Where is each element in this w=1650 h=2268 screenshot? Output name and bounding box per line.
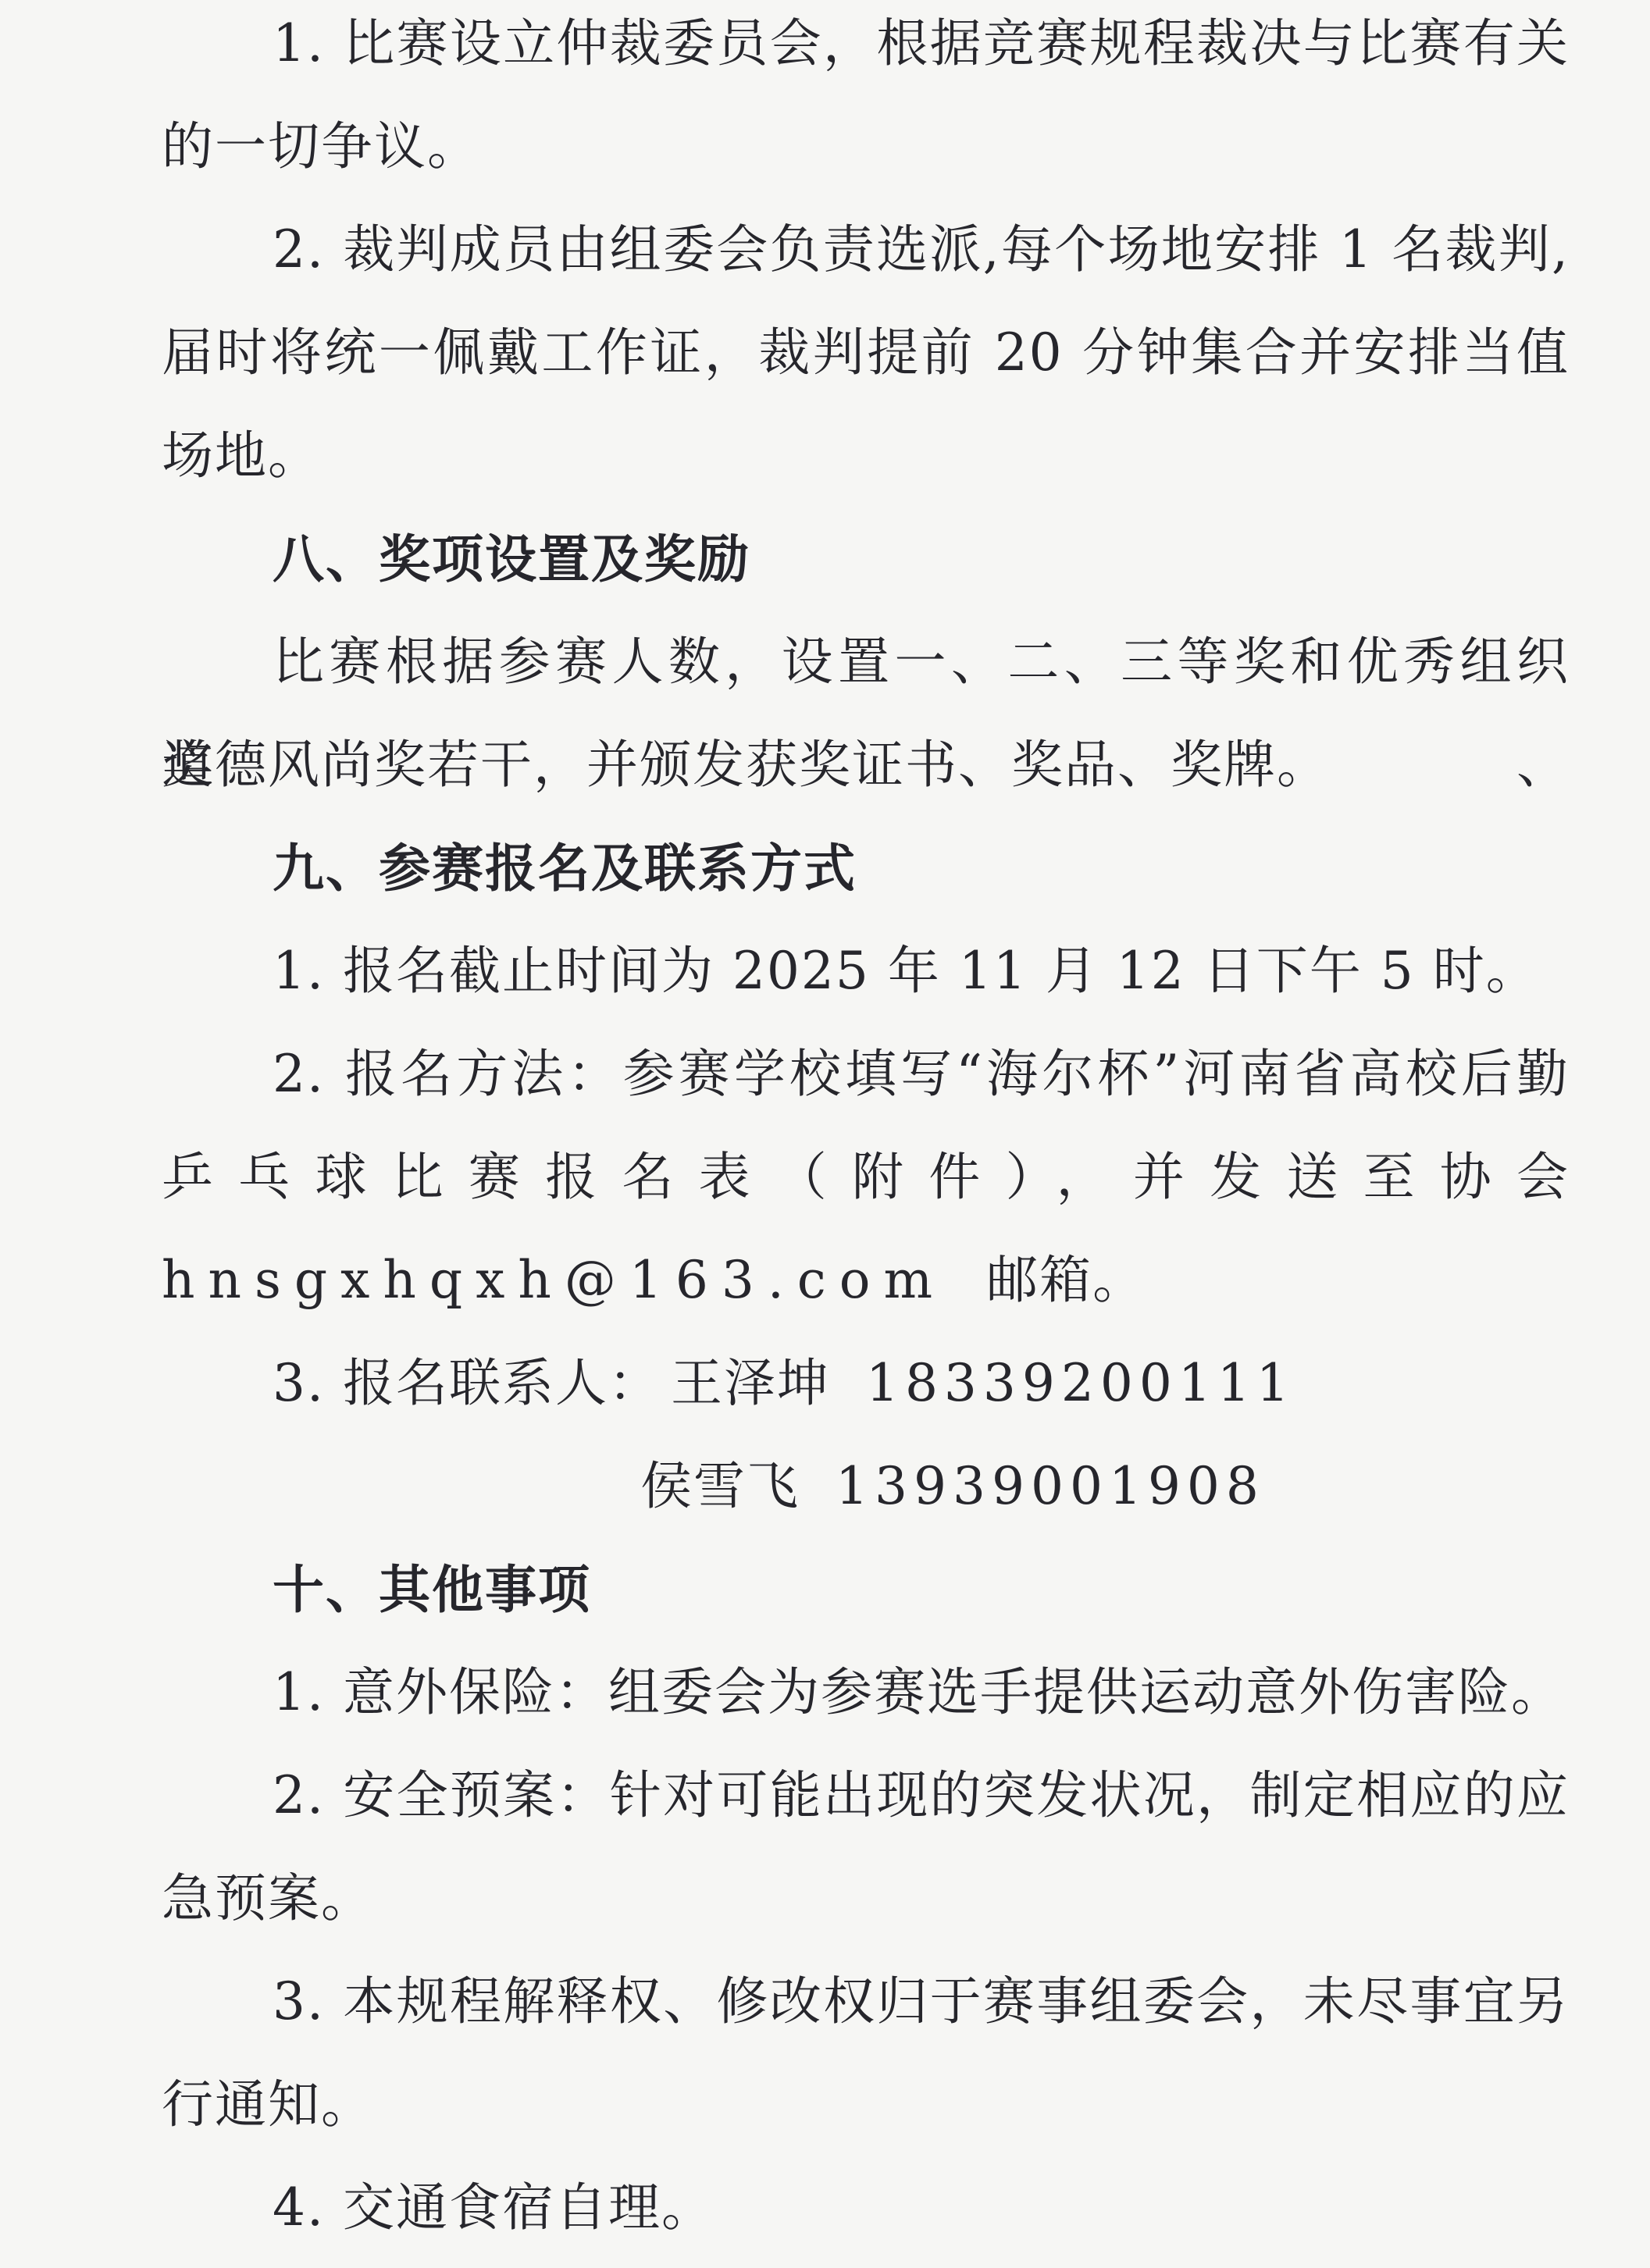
paragraph-method-line-3: hnsgxhqxh@163.com邮箱。 — [162, 1229, 1570, 1332]
paragraph-deadline: 1. 报名截止时间为 2025 年 11 月 12 日下午 5 时。 — [162, 920, 1570, 1023]
section-heading-awards: 八、奖项设置及奖励 — [162, 507, 1570, 611]
contact-phone-1: 18339200111 — [866, 1353, 1295, 1413]
paragraph-interpretation-line-1: 3. 本规程解释权、修改权归于赛事组委会，未尽事宜另 — [162, 1950, 1570, 2053]
paragraph-arbitration-line-2: 的一切争议。 — [162, 95, 1570, 198]
paragraph-transport: 4. 交通食宿自理。 — [162, 2156, 1570, 2259]
scanned-document-page: { "page": { "background": "#f6f6f4", "te… — [0, 0, 1650, 2268]
paragraph-referees-line-1: 2. 裁判成员由组委会负责选派,每个场地安排 1 名裁判, — [162, 198, 1570, 301]
contact-name-1: 王泽坤 — [671, 1353, 830, 1413]
paragraph-safety-line-1: 2. 安全预案：针对可能出现的突发状况，制定相应的应 — [162, 1744, 1570, 1847]
section-heading-registration: 九、参赛报名及联系方式 — [162, 817, 1570, 920]
email-address: hnsgxhqxh@163.com — [162, 1250, 946, 1310]
paragraph-awards-line-1: 比赛根据参赛人数，设置一、二、三等奖和优秀组织奖、 — [162, 611, 1570, 714]
paragraph-safety-line-2: 急预案。 — [162, 1847, 1570, 1950]
paragraph-interpretation-line-2: 行通知。 — [162, 2053, 1570, 2156]
email-suffix-label: 邮箱。 — [986, 1250, 1146, 1310]
contact-name-2: 侯雪飞 — [640, 1456, 800, 1516]
paragraph-method-line-2: 乒乓球比赛报名表（附件），并发送至协会 — [162, 1126, 1570, 1229]
paragraph-insurance: 1. 意外保险：组委会为参赛选手提供运动意外伤害险。 — [162, 1641, 1570, 1744]
section-heading-other: 十、其他事项 — [162, 1538, 1570, 1641]
contact-line-2: 侯雪飞13939001908 — [162, 1435, 1570, 1538]
contact-prefix: 3. 报名联系人： — [273, 1353, 661, 1413]
paragraph-referees-line-2: 届时将统一佩戴工作证，裁判提前 20 分钟集合并安排当值 — [162, 301, 1570, 404]
paragraph-arbitration-line-1: 1. 比赛设立仲裁委员会，根据竞赛规程裁决与比赛有关 — [162, 0, 1570, 95]
document-body: 1. 比赛设立仲裁委员会，根据竞赛规程裁决与比赛有关 的一切争议。 2. 裁判成… — [162, 0, 1570, 2259]
paragraph-method-line-1: 2. 报名方法：参赛学校填写“海尔杯”河南省高校后勤 — [162, 1023, 1570, 1126]
contact-phone-2: 13939001908 — [836, 1456, 1265, 1516]
paragraph-referees-line-3: 场地。 — [162, 404, 1570, 507]
contact-line-1: 3. 报名联系人：王泽坤18339200111 — [162, 1332, 1570, 1435]
